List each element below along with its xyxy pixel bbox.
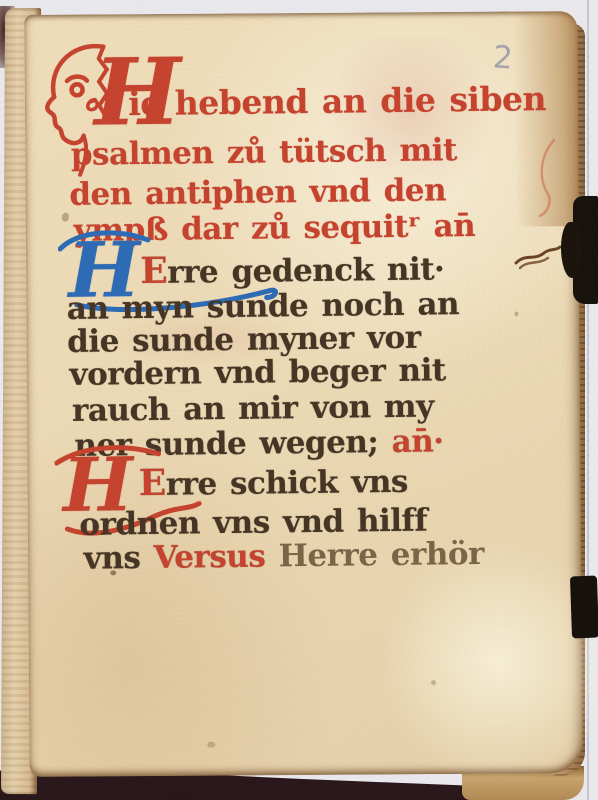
rubricated-capital: E <box>139 462 166 504</box>
rubric-line: psalmen zů tütsch mit <box>71 132 457 173</box>
pen-trial-mark-icon <box>514 243 562 271</box>
text-line: Erre gedenck nit· <box>140 246 445 292</box>
glue-patch-stain <box>380 543 597 779</box>
text-line: vordern vnd beger nit <box>69 352 446 393</box>
rubricated-word: Versus <box>153 538 278 576</box>
rubric-line: ie hebend an die siben <box>128 79 546 123</box>
parchment-stains <box>24 11 577 15</box>
rubricated-abbrev: an̄· <box>391 423 443 460</box>
text-line: rauch an mir von my <box>72 388 434 428</box>
leather-clasp-strap <box>570 576 598 639</box>
leather-clasp-strap <box>573 196 598 304</box>
folio-number: 2 <box>492 39 514 76</box>
rubric-line: den antiphen vnd den <box>69 172 446 213</box>
manuscript-photo: 2 H ie hebend an die siben psalmen zů tü… <box>0 0 598 800</box>
text-line: Erre schick vns <box>139 459 408 504</box>
red-flourish-icon <box>534 138 560 218</box>
rubricated-capital: E <box>140 250 167 292</box>
text-line: vns Versus Herre erhör <box>84 536 485 577</box>
